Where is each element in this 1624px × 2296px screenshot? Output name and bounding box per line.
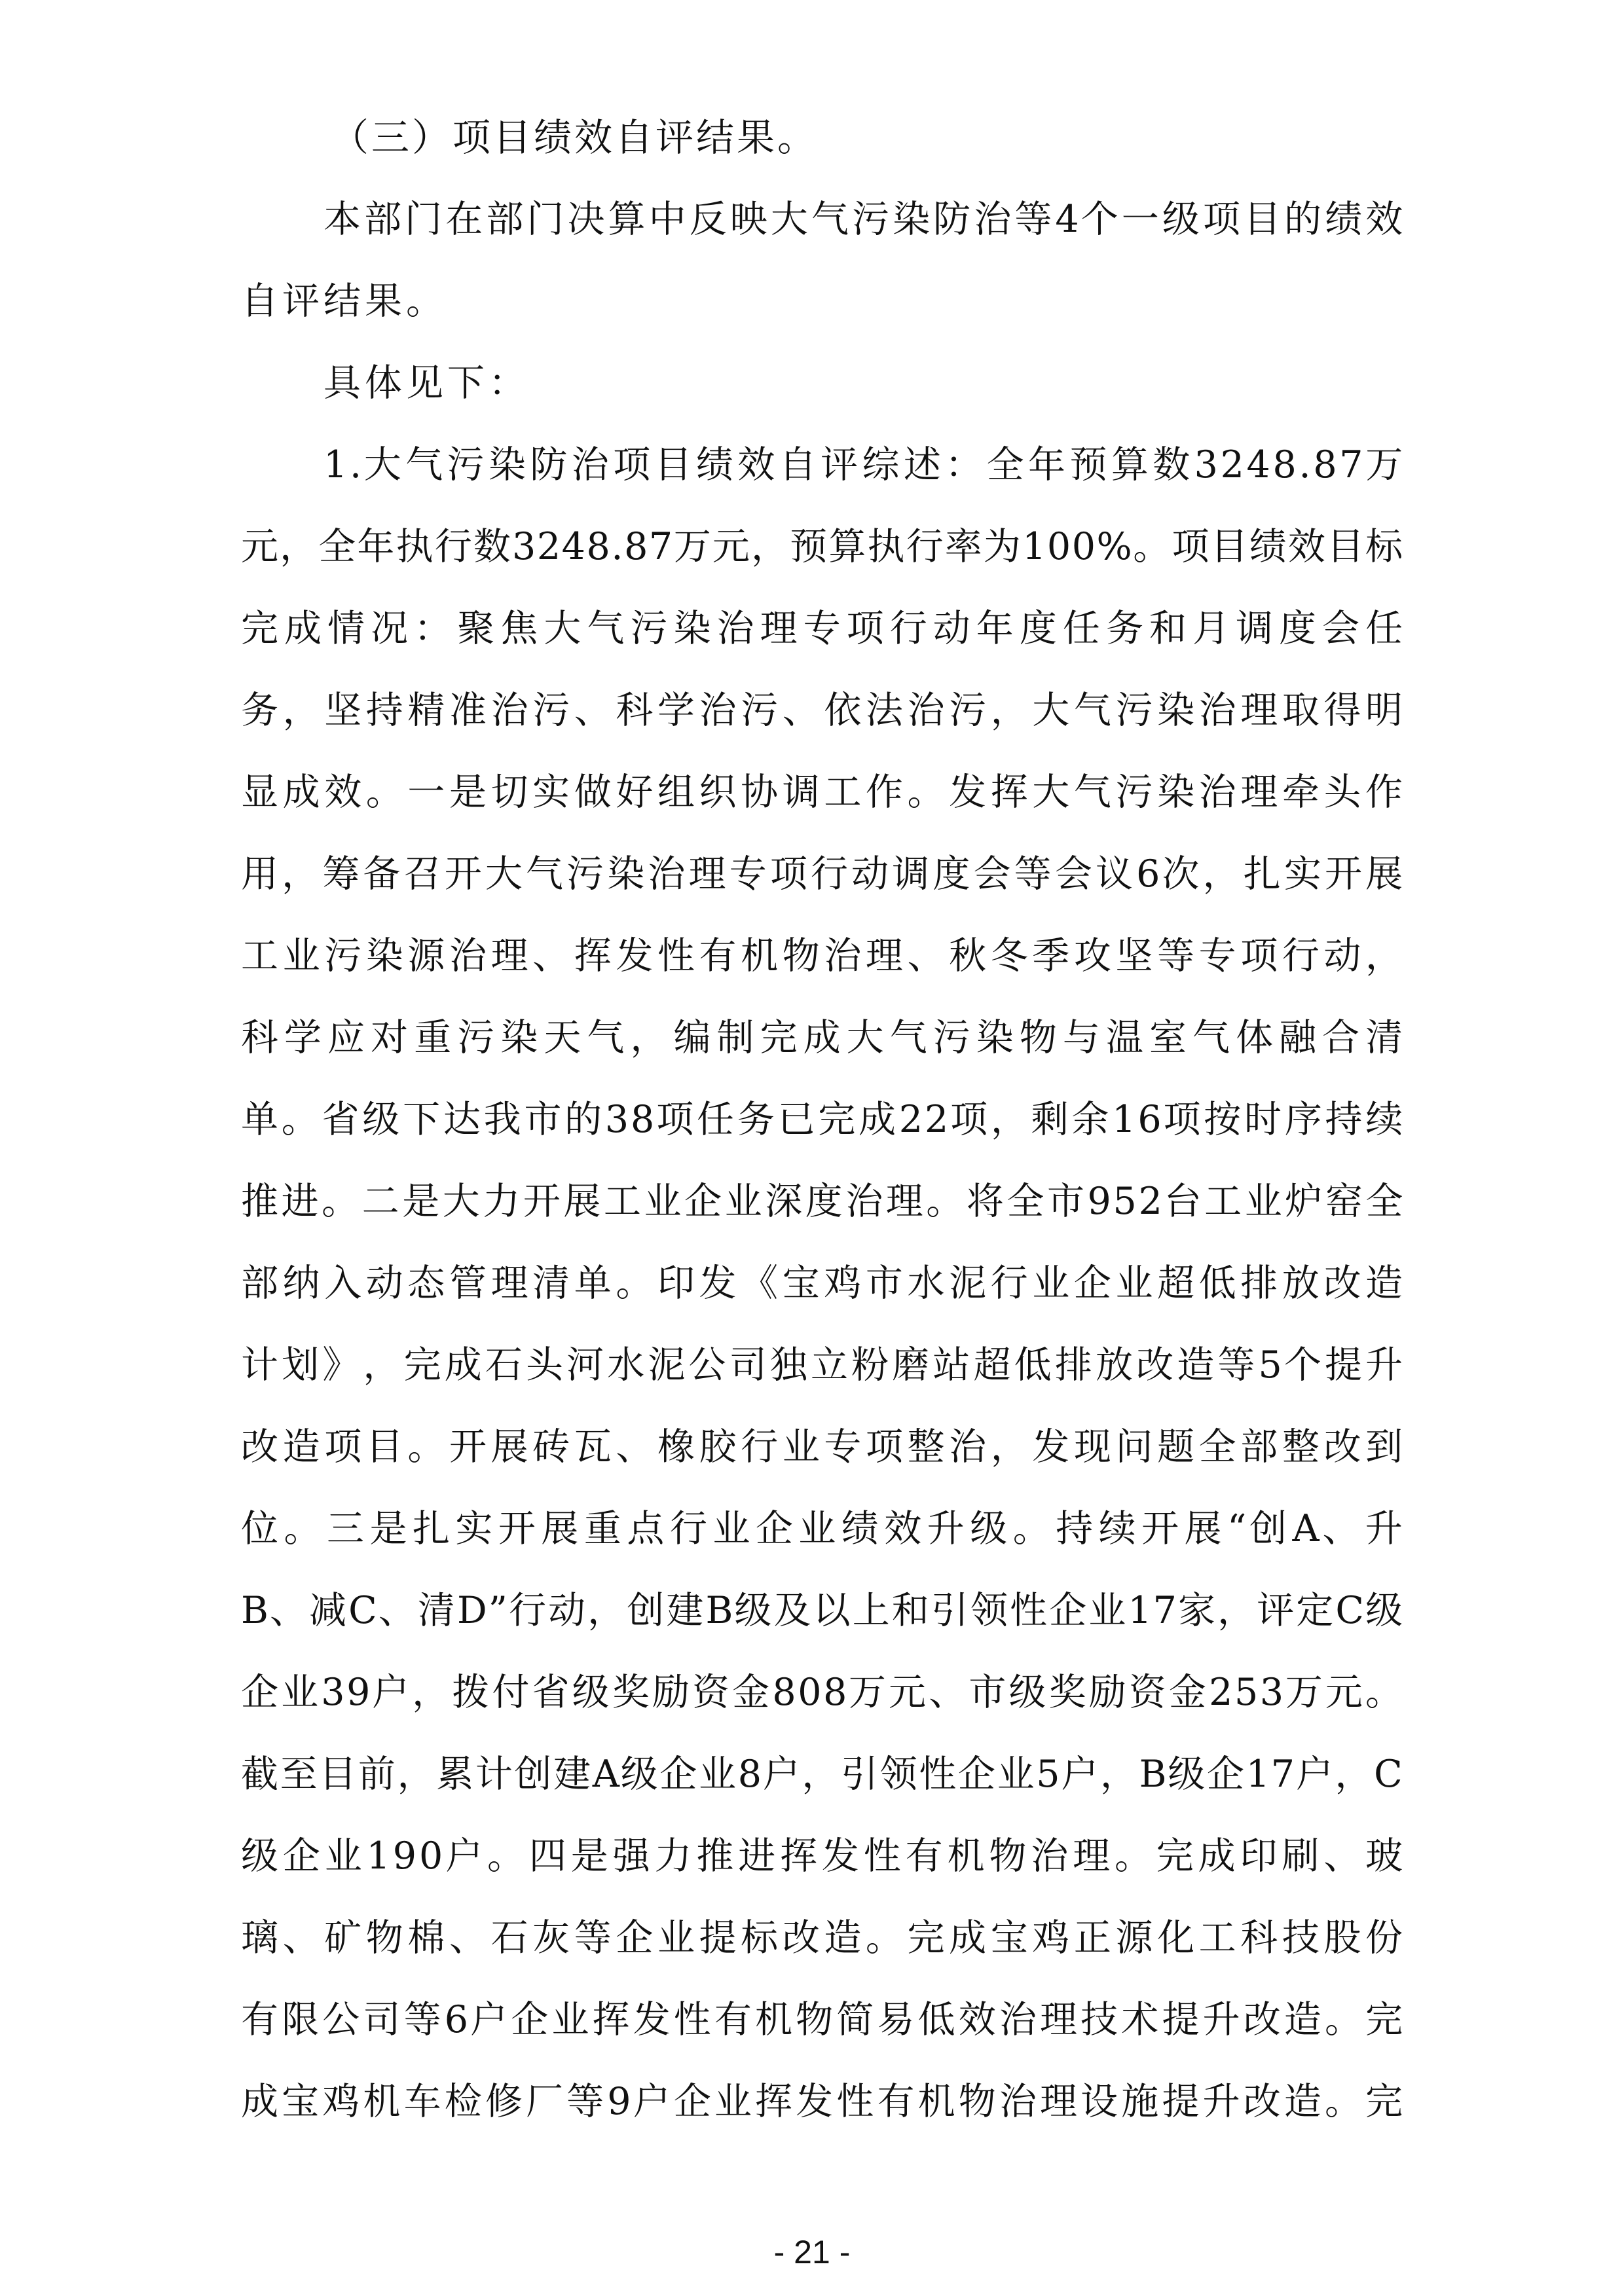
paragraph-line: 务​ ，​ 坚​ 持​ 精​ 准​ 治​ 污​ 、​ 科​ 学​ 治​ 污​ 、… (241, 684, 1403, 737)
paragraph-line: 完​ 成​ 情​ 况​ ：​ 聚​ 焦​ 大​ 气​ 污​ 染​ 治​ 理​ 专… (241, 602, 1403, 655)
paragraph-line: 用​ ，​ 筹​ 备​ 召​ 开​ 大​ 气​ 污​ 染​ 治​ 理​ 专​ 项… (241, 848, 1403, 900)
paragraph-line: 单​ 。​ 省​ 级​ 下​ 达​ 我​ 市​ 的​ 3​ 8​ 项​ 任​ 务… (241, 1093, 1403, 1146)
paragraph-line: 部​ 纳​ 入​ 动​ 态​ 管​ 理​ 清​ 单​ 。​ 印​ 发​ 《​ 宝… (241, 1257, 1403, 1309)
section-heading: （三）项目绩效自评结果。 (331, 111, 818, 164)
paragraph-line: 1​ .​ 大​ 气​ 污​ 染​ 防​ 治​ 项​ 目​ 绩​ 效​ 自​ 评… (323, 439, 1403, 491)
paragraph-line: 改​ 造​ 项​ 目​ 。​ 开​ 展​ 砖​ 瓦​ 、​ 橡​ 胶​ 行​ 业… (241, 1421, 1403, 1473)
paragraph-line: 元​ ，​ 全​ 年​ 执​ 行​ 数​ 3​ 2​ 4​ 8​ .​ 8​ 7… (241, 520, 1403, 573)
paragraph-line: 截​ 至​ 目​ 前​ ，​ 累​ 计​ 创​ 建​ A​ 级​ 企​ 业​ 8… (241, 1748, 1403, 1800)
page-number: - 21 - (0, 2229, 1624, 2275)
paragraph-line: 自评结果。 (241, 275, 447, 327)
paragraph-line: 推​ 进​ 。​ 二​ 是​ 大​ 力​ 开​ 展​ 工​ 业​ 企​ 业​ 深… (241, 1175, 1403, 1228)
paragraph-line: 工​ 业​ 污​ 染​ 源​ 治​ 理​ 、​ 挥​ 发​ 性​ 有​ 机​ 物… (241, 930, 1403, 982)
paragraph-line: 级​ 企​ 业​ 1​ 9​ 0​ 户​ 。​ 四​ 是​ 强​ 力​ 推​ 进… (241, 1830, 1403, 1882)
paragraph-line: 计​ 划​ 》​ ，​ 完​ 成​ 石​ 头​ 河​ 水​ 泥​ 公​ 司​ 独… (241, 1339, 1403, 1391)
paragraph-line: 本​ 部​ 门​ 在​ 部​ 门​ 决​ 算​ 中​ 反​ 映​ 大​ 气​ 污… (323, 193, 1403, 246)
paragraph-line: 显​ 成​ 效​ 。​ 一​ 是​ 切​ 实​ 做​ 好​ 组​ 织​ 协​ 调… (241, 766, 1403, 818)
paragraph-line: 璃​ 、​ 矿​ 物​ 棉​ 、​ 石​ 灰​ 等​ 企​ 业​ 提​ 标​ 改… (241, 1912, 1403, 1964)
paragraph-line: 位​ 。​ 三​ 是​ 扎​ 实​ 开​ 展​ 重​ 点​ 行​ 业​ 企​ 业… (241, 1503, 1403, 1555)
paragraph-line: B​ 、​ 减​ C​ 、​ 清​ D​ ”​ 行​ 动​ ，​ 创​ 建​ B… (241, 1584, 1403, 1637)
paragraph-line: 企​ 业​ 3​ 9​ 户​ ，​ 拨​ 付​ 省​ 级​ 奖​ 励​ 资​ 金… (241, 1666, 1403, 1719)
document-page: （三）项目绩效自评结果。 本​ 部​ 门​ 在​ 部​ 门​ 决​ 算​ 中​ … (0, 0, 1624, 2296)
paragraph-line: 科​ 学​ 应​ 对​ 重​ 污​ 染​ 天​ 气​ ，​ 编​ 制​ 完​ 成… (241, 1011, 1403, 1064)
paragraph-line: 具体见下： (323, 357, 530, 409)
paragraph-line: 有​ 限​ 公​ 司​ 等​ 6​ 户​ 企​ 业​ 挥​ 发​ 性​ 有​ 机… (241, 1994, 1403, 2046)
paragraph-line: 成​ 宝​ 鸡​ 机​ 车​ 检​ 修​ 厂​ 等​ 9​ 户​ 企​ 业​ 挥… (241, 2075, 1403, 2128)
